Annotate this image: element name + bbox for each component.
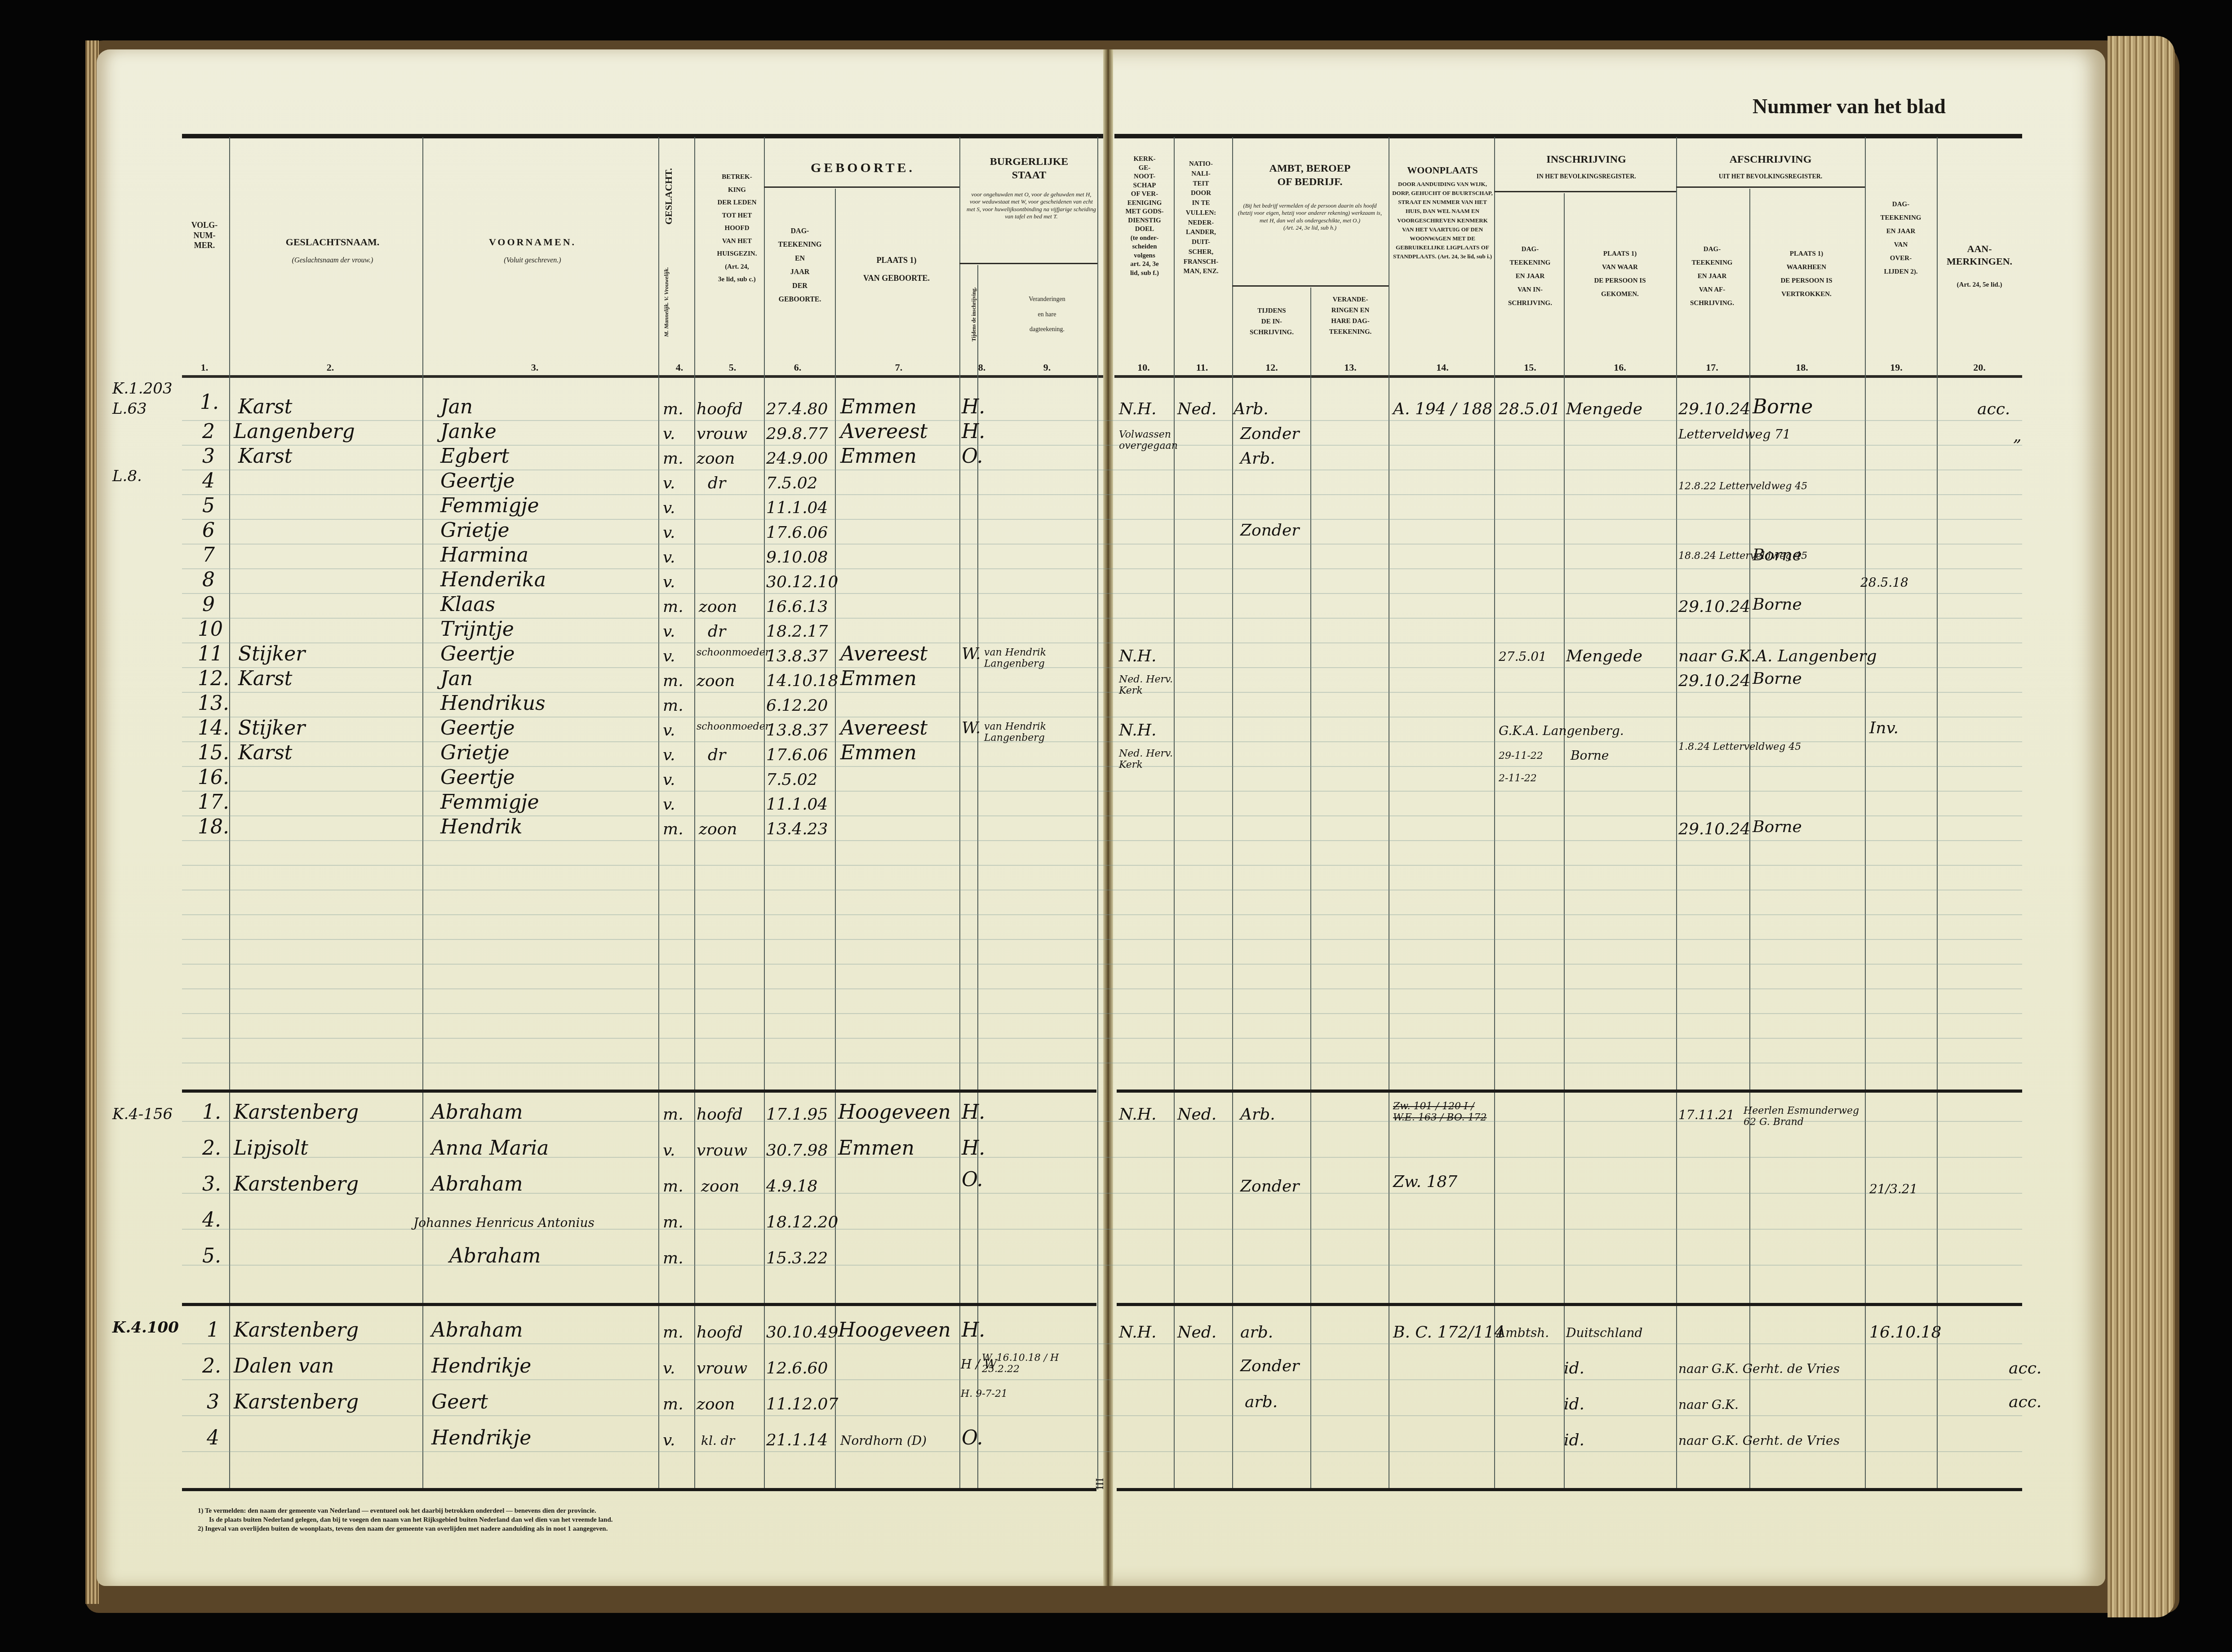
col-header-aanmerkingen-note: (Art. 24, 5e lid.) (1937, 281, 2022, 289)
cell-betrekking: schoonmoeder (697, 647, 770, 658)
cell-voornamen: Geertje (440, 642, 515, 665)
book-edge-right (2108, 36, 2175, 1617)
cell-geboorteplaats: Avereest (840, 420, 927, 443)
ruled-line (182, 1038, 2022, 1039)
col-num-11: 11. (1193, 362, 1211, 373)
cell-afschrijving-datum: 1.8.24 Letterveldweg 45 (1678, 741, 1804, 753)
cell-geboorteplaats: Emmen (838, 1137, 914, 1160)
cell-volgnummer: 14. (198, 717, 229, 740)
col-divider (1676, 137, 1677, 1489)
col-header-bs-veranderingen: Veranderingen en hare dagteekening. (1002, 292, 1092, 337)
col-divider (229, 137, 230, 1489)
col-num-19: 19. (1887, 362, 1905, 373)
cell-geslacht: v. (663, 721, 675, 740)
cell-afschrijving-datum: 12.8.22 Letterveldweg 45 (1678, 481, 1813, 492)
cell-afschrijving-datum: 17.11.21 (1678, 1107, 1735, 1122)
ruled-line (182, 1013, 2022, 1014)
cell-volgnummer: 1. (202, 1101, 221, 1124)
cell-geboortedatum: 30.12.10 (766, 573, 838, 591)
cell-betrekking: hoofd (697, 1105, 743, 1124)
cell-beroep: Zonder (1240, 1177, 1299, 1196)
cell-voornamen: Hendrikus (440, 692, 546, 715)
col-num-15: 15. (1521, 362, 1539, 373)
cell-betrekking: zoon (699, 598, 737, 616)
cell-geboortedatum: 11.1.04 (766, 795, 828, 814)
cell-voornamen: Geertje (440, 469, 515, 492)
cell-geboortedatum: 11.12.07 (766, 1395, 838, 1413)
footnote-2: 2) Ingeval van overlijden buiten de woon… (198, 1525, 608, 1533)
cell-betrekking: zoon (701, 1177, 740, 1196)
cell-geboortedatum: 12.6.60 (766, 1359, 828, 1377)
ruled-line (182, 1451, 2022, 1452)
cell-geslacht: m. (663, 1213, 683, 1231)
cell-bs-verandering: W. 16.10.18 / H 25.2.22 (982, 1352, 1072, 1375)
col-num-3: 3. (528, 362, 541, 373)
cell-beroep: Arb. (1234, 400, 1269, 418)
cell-geslacht: v. (663, 1431, 675, 1449)
col-divider (959, 137, 960, 1489)
cell-aanmerkingen: acc. (2009, 1393, 2041, 1411)
cell-geslachtsnaam: Lipjsolt (234, 1137, 308, 1160)
col-num-20: 20. (1970, 362, 1988, 373)
cell-betrekking: vrouw (697, 1359, 747, 1377)
cell-afschrijving-datum: 29.10.24 (1678, 598, 1750, 616)
col-header-overlijden: DAG- TEEKENING EN JAAR VAN OVER- LIJDEN … (1865, 198, 1937, 279)
cell-geslacht: m. (663, 449, 683, 468)
cell-geslachtsnaam: Langenberg (234, 420, 355, 443)
col-num-2: 2. (324, 362, 337, 373)
cell-geslachtsnaam: Karst (238, 395, 292, 418)
cell-geboortedatum: 7.5.02 (766, 474, 818, 492)
cell-volgnummer: 2. (202, 1137, 221, 1160)
cell-burgerlijke-staat: W. (962, 719, 981, 737)
ruled-line (182, 840, 2022, 841)
cell-geboortedatum: 30.7.98 (766, 1141, 828, 1160)
cell-geslacht: v. (663, 1359, 675, 1377)
cell-geslacht: v. (663, 1141, 675, 1160)
cell-geslachtsnaam: Karstenberg (234, 1173, 359, 1196)
cell-geslachtsnaam: Dalen van (234, 1355, 334, 1377)
margin-reference: L.8. (112, 467, 142, 485)
col-header-afschrijving-datum: DAG- TEEKENING EN JAAR VAN AF- SCHRIJVIN… (1676, 243, 1748, 310)
col-header-inschrijving-datum: DAG- TEEKENING EN JAAR VAN IN- SCHRIJVIN… (1496, 243, 1564, 310)
cell-inschrijving-plaats: id. (1564, 1431, 1584, 1449)
cell-volgnummer: 5. (202, 1245, 221, 1267)
cell-betrekking: zoon (697, 672, 735, 690)
col-divider (1310, 288, 1311, 1489)
col-divider (694, 137, 695, 1489)
col-header-geslacht-note: M. Mannelijk. V. Vrouwelijk. (663, 267, 670, 337)
cell-volgnummer: 8 (202, 568, 215, 591)
cell-geslacht: m. (663, 400, 683, 418)
cell-woonplaats: B. C. 172/114 (1393, 1323, 1504, 1342)
household-separator (1117, 1090, 2022, 1093)
cell-beroep: Zonder (1240, 1357, 1299, 1375)
cell-afschrijving-plaats: Borne (1753, 546, 1802, 564)
cell-voornamen: Femmigje (440, 791, 539, 814)
header-bottom-rule-left (182, 375, 1103, 378)
sheet-number-title: Nummer van het blad (1753, 94, 1946, 118)
cell-geboortedatum: 17.1.95 (766, 1105, 828, 1124)
col-divider (1232, 137, 1233, 1489)
cell-geslacht: v. (663, 771, 675, 789)
cell-geslachtsnaam: Stijker (238, 717, 305, 740)
cell-voornamen: Jan (440, 667, 473, 690)
group-header-geboorte: GEBOORTE. (766, 159, 959, 177)
cell-geslacht: m. (663, 820, 683, 838)
cell-geslacht: v. (663, 647, 675, 665)
cell-aanmerkingen: „ (2013, 427, 2022, 445)
cell-betrekking: schoonmoeder (697, 721, 770, 732)
col-num-18: 18. (1793, 362, 1811, 373)
cell-geslacht: v. (663, 573, 675, 591)
cell-aanmerkingen: acc. (2009, 1359, 2041, 1377)
cell-kerkgenootschap: N.H. (1119, 400, 1156, 418)
cell-geslachtsnaam: Karstenberg (234, 1101, 359, 1124)
cell-geslacht: m. (663, 1323, 683, 1342)
household-separator (1117, 1488, 2022, 1491)
cell-geboortedatum: 18.2.17 (766, 622, 828, 641)
col-num-7: 7. (892, 362, 905, 373)
cell-voornamen: Grietje (440, 741, 510, 764)
col-divider (422, 137, 423, 1489)
col-num-16: 16. (1611, 362, 1629, 373)
cell-betrekking: zoon (697, 449, 735, 468)
cell-volgnummer: 3 (202, 445, 215, 468)
cell-geboorteplaats: Hoogeveen (838, 1101, 951, 1124)
cell-afschrijving-datum: 29.10.24 (1678, 820, 1750, 838)
footnote-1: 1) Te vermelden: den naam der gemeente v… (198, 1507, 596, 1515)
group-header-burgerlijke-staat: BURGERLIJKE STAAT (962, 155, 1096, 182)
cell-inschrijving-plaats: Mengede (1566, 400, 1642, 418)
cell-woonplaats: A. 194 / 188 (1393, 400, 1492, 418)
cell-betrekking: dr (708, 622, 726, 641)
cell-inschrijving-plaats: Duitschland (1566, 1325, 1642, 1340)
cell-voornamen: Femmigje (440, 494, 539, 517)
book-gutter (1103, 49, 1113, 1586)
ruled-line (182, 914, 2022, 915)
cell-geboorteplaats: Emmen (840, 445, 917, 468)
cell-geslachtsnaam: Stijker (238, 642, 305, 665)
cell-woonplaats: Zw. 187 (1393, 1173, 1457, 1191)
cell-voornamen: Geertje (440, 717, 515, 740)
col-num-12: 12. (1263, 362, 1281, 373)
cell-beroep: arb. (1245, 1393, 1278, 1411)
cell-bs-verandering: van Hendrik Langenberg (984, 647, 1074, 669)
cell-kerkgenootschap: Ned. Herv. Kerk (1119, 748, 1173, 771)
col-num-14: 14. (1433, 362, 1451, 373)
cell-burgerlijke-staat: O. (962, 1426, 983, 1449)
cell-voornamen: Abraham (449, 1245, 541, 1267)
cell-geslacht: m. (663, 598, 683, 616)
cell-geboortedatum: 13.8.37 (766, 721, 828, 740)
col-divider (1389, 137, 1389, 1489)
cell-voornamen: Henderika (440, 568, 546, 591)
cell-afschrijving-datum: naar G.K. Gerht. de Vries (1678, 1433, 1840, 1448)
cell-afschrijving-datum: 29.10.24 (1678, 400, 1750, 418)
cell-voornamen: Johannes Henricus Antonius (413, 1215, 595, 1230)
bs-subrule (959, 263, 1097, 264)
col-divider (1097, 137, 1098, 1489)
cell-geboorteplaats: Avereest (840, 642, 927, 665)
cell-volgnummer: 15. (198, 741, 229, 764)
col-num-4: 4. (673, 362, 686, 373)
cell-geslacht: v. (663, 622, 675, 641)
col-divider (764, 137, 765, 1489)
col-num-6: 6. (791, 362, 804, 373)
cell-volgnummer: 9 (202, 593, 215, 616)
cell-inschrijving-plaats: Borne (1571, 748, 1609, 763)
cell-voornamen: Hendrikje (431, 1355, 531, 1377)
cell-voornamen: Trijntje (440, 618, 514, 641)
col-divider (835, 189, 836, 1489)
cell-afschrijving-datum: Letterveldweg 71 (1678, 427, 1791, 442)
cell-geslachtsnaam: Karst (238, 667, 292, 690)
col-header-geslachtsnaam: GESLACHTSNAAM. (234, 236, 431, 248)
cell-geboortedatum: 18.12.20 (766, 1213, 838, 1231)
cell-geboortedatum: 13.8.37 (766, 647, 828, 665)
cell-volgnummer: 16. (198, 766, 229, 789)
cell-volgnummer: 12. (198, 667, 229, 690)
cell-volgnummer: 5 (202, 494, 215, 517)
cell-burgerlijke-staat: H. (962, 395, 985, 418)
cell-burgerlijke-staat: H. (962, 1319, 985, 1342)
cell-geslacht: v. (663, 523, 675, 542)
cell-kerkgenootschap: Volwassen overgegaan (1119, 429, 1173, 452)
cell-geslachtsnaam: Karstenberg (234, 1391, 359, 1413)
cell-inschrijving-plaats: id. (1564, 1395, 1584, 1413)
cell-volgnummer: 13. (198, 692, 229, 715)
cell-volgnummer: 2. (202, 1355, 221, 1377)
col-num-10: 10. (1135, 362, 1153, 373)
cell-inschrijving-datum: 2-11-22 (1499, 773, 1537, 784)
cell-nationaliteit: Ned. (1177, 1105, 1216, 1124)
cell-inschrijving-datum: G.K.A. Langenberg. (1499, 723, 1624, 738)
cell-voornamen: Hendrikje (431, 1426, 531, 1449)
cell-geslachtsnaam: Karstenberg (234, 1319, 359, 1342)
cell-geboortedatum: 29.8.77 (766, 425, 828, 443)
cell-geboorteplaats: Emmen (840, 741, 917, 764)
col-divider (1494, 137, 1495, 1489)
cell-geboortedatum: 15.3.22 (766, 1249, 828, 1267)
group-header-inschrijving: INSCHRIJVING (1496, 153, 1676, 166)
burgerlijke-staat-note: voor ongehuwden met O, voor de gehuwden … (966, 191, 1096, 220)
cell-geboortedatum: 24.9.00 (766, 449, 828, 468)
col-divider (658, 137, 659, 1489)
cell-volgnummer: 1. (200, 391, 219, 414)
cell-woonplaats: Zw. 101 / 120 I / W.E. 163 / BO. 172 (1393, 1101, 1487, 1123)
cell-geslachtsnaam: Karst (238, 741, 292, 764)
cell-inschrijving-datum: 28.5.01 (1499, 400, 1560, 418)
ruled-line (182, 1415, 2022, 1416)
household-separator (1117, 1303, 2022, 1306)
cell-afschrijving-datum: naar G.K.A. Langenberg (1678, 647, 1877, 665)
cell-betrekking: dr (708, 746, 726, 764)
cell-beroep: Zonder (1240, 521, 1299, 540)
cell-geboorteplaats: Hoogeveen (838, 1319, 951, 1342)
ruled-line (182, 939, 2022, 940)
col-header-voornamen: VOORNAMEN. (427, 236, 638, 248)
cell-betrekking: dr (708, 474, 726, 492)
ruled-line (182, 890, 2022, 890)
col-header-woonplaats: WOONPLAATS (1391, 164, 1494, 177)
cell-voornamen: Geert (431, 1391, 488, 1413)
cell-geboortedatum: 30.10.49 (766, 1323, 838, 1342)
cell-overlijden: 28.5.18 (1860, 575, 1908, 590)
col-header-geslachtsnaam-note: (Geslachtsnaam der vrouw.) (234, 256, 431, 265)
cell-afschrijving-plaats: Borne (1753, 395, 1813, 418)
geboorte-subrule (764, 186, 959, 188)
cell-betrekking: hoofd (697, 400, 743, 418)
group-header-afschrijving: AFSCHRIJVING (1676, 153, 1865, 166)
cell-geboortedatum: 11.1.04 (766, 499, 828, 517)
cell-burgerlijke-staat: H. (962, 1101, 985, 1124)
cell-geslacht: v. (663, 425, 675, 443)
household-separator (182, 1090, 1096, 1093)
cell-voornamen: Grietje (440, 519, 510, 542)
cell-geboortedatum: 17.6.06 (766, 523, 828, 542)
cell-geslacht: v. (663, 499, 675, 517)
cell-betrekking: vrouw (697, 1141, 747, 1160)
cell-geboortedatum: 16.6.13 (766, 598, 828, 616)
cell-burgerlijke-staat: W. (962, 645, 981, 663)
cell-overlijden: 16.10.18 (1869, 1323, 1941, 1342)
cell-voornamen: Jan (440, 395, 473, 418)
col-header-ambt-veranderingen: VERANDE- RINGEN EN HARE DAG- TEEKENING. (1312, 294, 1389, 337)
header-top-rule-right (1114, 134, 2022, 138)
cell-nationaliteit: Ned. (1177, 1323, 1216, 1342)
ruled-line (182, 1379, 2022, 1380)
cell-betrekking: vrouw (697, 425, 747, 443)
margin-reference: K.1.203 (112, 380, 173, 398)
cell-beroep: arb. (1240, 1323, 1273, 1342)
ambt-note: (Bij het bedrijf vermelden of de persoon… (1236, 202, 1384, 231)
cell-geboortedatum: 4.9.18 (766, 1177, 818, 1196)
cell-afschrijving-plaats: Heerlen Esmunderweg 62 G. Brand (1744, 1105, 1869, 1128)
cell-beroep: Arb. (1240, 449, 1275, 468)
cell-volgnummer: 3. (202, 1173, 221, 1196)
ambt-subrule (1232, 285, 1389, 287)
cell-geslacht: m. (663, 1177, 683, 1196)
col-header-geboorte-plaats: PLAATS 1) VAN GEBOORTE. (836, 252, 957, 287)
col-num-9: 9. (1040, 362, 1054, 373)
cell-voornamen: Janke (440, 420, 497, 443)
cell-geslacht: v. (663, 746, 675, 764)
cell-kerkgenootschap: Ned. Herv. Kerk (1119, 674, 1173, 696)
cell-geslachtsnaam: Karst (238, 445, 292, 468)
cell-geboorteplaats: Emmen (840, 395, 917, 418)
cell-volgnummer: 4 (202, 469, 215, 492)
cell-afschrijving-plaats: Borne (1753, 669, 1802, 688)
cell-aanmerkingen: acc. (1977, 400, 2010, 418)
cell-kerkgenootschap: N.H. (1119, 1323, 1156, 1342)
cell-voornamen: Abraham (431, 1101, 523, 1124)
cell-bs-verandering: van Hendrik Langenberg (984, 721, 1074, 744)
cell-inschrijving-datum: 29-11-22 (1499, 750, 1543, 762)
col-header-betrekking: BETREK- KING DER LEDEN TOT HET HOOFD VAN… (712, 171, 762, 286)
cell-betrekking: hoofd (697, 1323, 743, 1342)
cell-voornamen: Harmina (440, 544, 528, 567)
col-header-kerkgenootschap: KERK- GE- NOOT- SCHAP OF VER- EENIGING M… (1115, 155, 1174, 278)
col-header-volgnummer: VOLG- NUM- MER. (184, 220, 225, 251)
cell-volgnummer: 18. (198, 815, 229, 838)
cell-geslacht: m. (663, 1105, 683, 1124)
cell-betrekking: zoon (697, 1395, 735, 1413)
col-header-aanmerkingen: AAN- MERKINGEN. (1937, 243, 2022, 267)
col-divider (1564, 193, 1565, 1489)
col-header-nationaliteit: NATIO- NALI- TEIT DOOR IN TE VULLEN: NED… (1175, 159, 1227, 277)
col-num-5: 5. (726, 362, 739, 373)
cell-volgnummer: 7 (202, 544, 215, 567)
group-header-afschrijving-sub: UIT HET BEVOLKINGSREGISTER. (1676, 173, 1865, 181)
cell-geslacht: m. (663, 1395, 683, 1413)
cell-volgnummer: 6 (202, 519, 215, 542)
inschrijving-subrule (1494, 191, 1676, 192)
cell-beroep: Arb. (1240, 1105, 1275, 1124)
cell-geboorteplaats: Nordhorn (D) (840, 1433, 927, 1448)
cell-inschrijving-datum: Ambtsh. (1496, 1325, 1549, 1340)
cell-voornamen: Egbert (440, 445, 509, 468)
cell-geboorteplaats: Avereest (840, 717, 927, 740)
cell-geslacht: m. (663, 672, 683, 690)
group-header-inschrijving-sub: IN HET BEVOLKINGSREGISTER. (1496, 173, 1676, 181)
col-header-ambt-tijdens: TIJDENS DE IN- SCHRIJVING. (1234, 306, 1310, 338)
cell-inschrijving-datum: 27.5.01 (1499, 649, 1547, 664)
margin-reference: K.4.100 (112, 1319, 179, 1337)
gutter-mark: III (1093, 1478, 1105, 1489)
cell-geslacht: v. (663, 795, 675, 814)
col-header-geslacht: GESLACHT. (663, 168, 674, 225)
col-header-afschrijving-plaats: PLAATS 1) WAARHEEN DE PERSOON IS VERTROK… (1748, 247, 1865, 301)
ruled-line (182, 964, 2022, 965)
cell-geboortedatum: 9.10.08 (766, 548, 828, 567)
col-header-voornamen-note: (Voluit geschreven.) (427, 256, 638, 265)
cell-betrekking: zoon (699, 820, 737, 838)
cell-volgnummer: 4. (202, 1209, 221, 1231)
cell-burgerlijke-staat: H. (962, 1137, 985, 1160)
header-top-rule-left (182, 134, 1103, 138)
margin-reference: L.63 (112, 400, 147, 418)
col-num-13: 13. (1341, 362, 1359, 373)
cell-volgnummer: 2 (202, 420, 215, 443)
cell-kerkgenootschap: N.H. (1119, 647, 1156, 665)
cell-voornamen: Hendrik (440, 815, 523, 838)
group-header-ambt: AMBT, BEROEP OF BEDRIJF. (1234, 162, 1386, 189)
cell-voornamen: Geertje (440, 766, 515, 789)
cell-betrekking: kl. dr (701, 1433, 735, 1448)
cell-geboortedatum: 27.4.80 (766, 400, 828, 418)
cell-inschrijving-plaats: id. (1564, 1359, 1584, 1377)
cell-geboorteplaats: Emmen (840, 667, 917, 690)
col-header-geboorte-datum: DAG- TEEKENING EN JAAR DER GEBOORTE. (766, 225, 834, 306)
cell-voornamen: Klaas (440, 593, 495, 616)
cell-overlijden: 21/3.21 (1869, 1182, 1917, 1196)
cell-afschrijving-datum: 29.10.24 (1678, 672, 1750, 690)
cell-kerkgenootschap: N.H. (1119, 1105, 1156, 1124)
col-header-inschrijving-plaats: PLAATS 1) VAN WAAR DE PERSOON IS GEKOMEN… (1564, 247, 1676, 301)
margin-reference: K.4-156 (112, 1105, 173, 1123)
cell-bs-verandering: H. 9-7-21 (961, 1388, 1007, 1400)
afschrijving-subrule (1676, 186, 1865, 188)
cell-burgerlijke-staat: O. (962, 1168, 983, 1191)
cell-voornamen: Abraham (431, 1173, 523, 1196)
cell-afschrijving-datum: naar G.K. (1678, 1397, 1739, 1412)
cell-burgerlijke-staat: O. (962, 445, 983, 468)
cell-burgerlijke-staat: H. (962, 420, 985, 443)
cell-volgnummer: 1 (207, 1319, 219, 1342)
cell-geslacht: v. (663, 474, 675, 492)
cell-inschrijving-plaats: Mengede (1566, 647, 1642, 665)
